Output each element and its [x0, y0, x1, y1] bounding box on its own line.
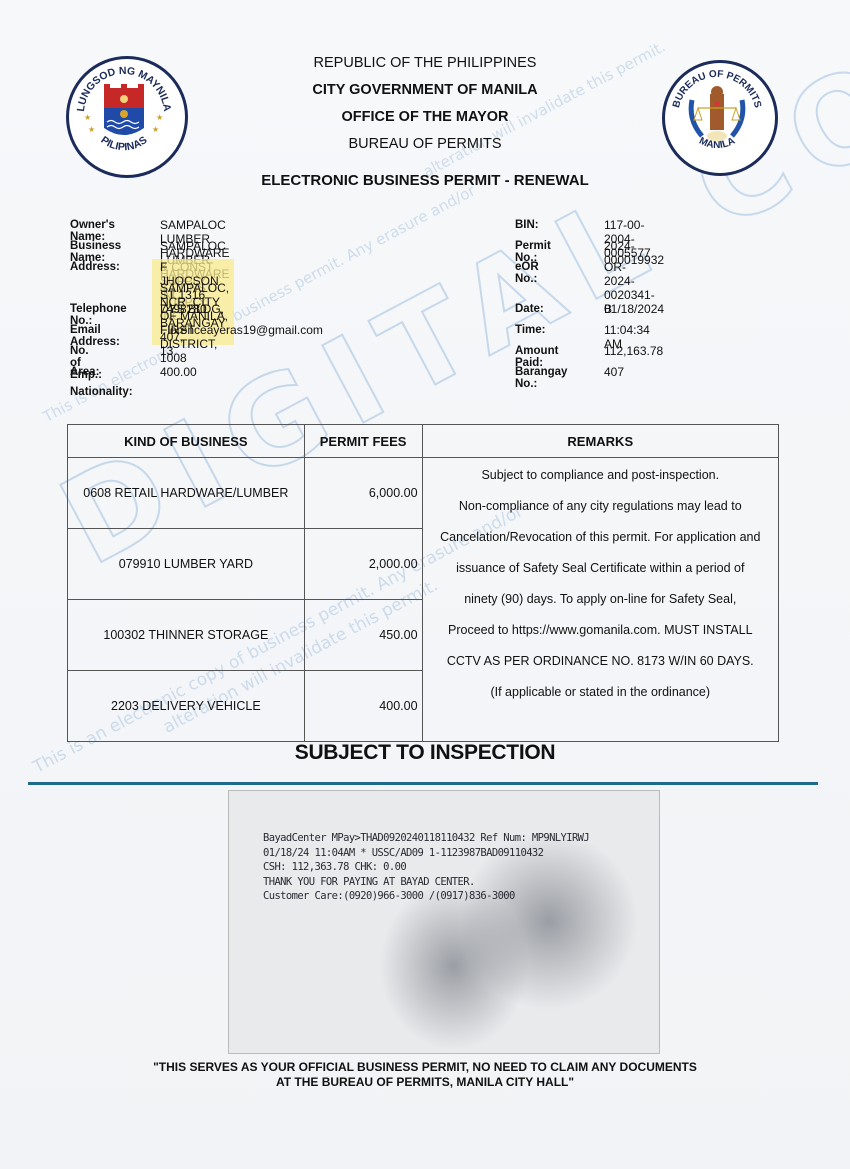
date-label: Date:: [515, 303, 544, 315]
eor-label: eOR No.:: [515, 261, 539, 285]
receipt-line: THANK YOU FOR PAYING AT BAYAD CENTER.: [263, 875, 589, 890]
receipt-text: BayadCenter MPay>THAD0920240118110432 Re…: [263, 831, 589, 904]
remarks-line: ninety (90) days. To apply on-line for S…: [424, 584, 777, 615]
barangay-label: Barangay No.:: [515, 366, 567, 390]
remarks-line: Cancelation/Revocation of this permit. F…: [424, 522, 777, 553]
subject-to-inspection-heading: SUBJECT TO INSPECTION: [0, 741, 850, 765]
column-header-kind: KIND OF BUSINESS: [68, 425, 305, 458]
footer-line-1: "THIS SERVES AS YOUR OFFICIAL BUSINESS P…: [0, 1060, 850, 1075]
business-table: KIND OF BUSINESS PERMIT FEES REMARKS 060…: [67, 424, 779, 742]
column-header-fees: PERMIT FEES: [304, 425, 422, 458]
permit-fee-cell: 2,000.00: [304, 529, 422, 600]
telephone-value: 7498280: [160, 302, 207, 316]
kind-of-business-cell: 2203 DELIVERY VEHICLE: [68, 671, 305, 742]
email-value: Florenceayeras19@gmail.com: [160, 323, 323, 337]
bin-label: BIN:: [515, 219, 539, 231]
kind-of-business-cell: 100302 THINNER STORAGE: [68, 600, 305, 671]
barangay-value: 407: [604, 365, 624, 379]
receipt-line: Customer Care:(0920)966-3000 /(0917)836-…: [263, 889, 589, 904]
receipt-line: 01/18/24 11:04AM * USSC/AD09 1-1123987BA…: [263, 846, 589, 861]
footer-note: "THIS SERVES AS YOUR OFFICIAL BUSINESS P…: [0, 1060, 850, 1090]
nationality-label: Nationality:: [70, 386, 133, 398]
business-permit-document: DIGITAL COPY This is an electronic copy …: [0, 0, 850, 1169]
remarks-line[interactable]: Proceed to https://www.gomanila.com. MUS…: [424, 615, 777, 646]
area-value: 400.00: [160, 365, 197, 379]
permit-fee-cell: 400.00: [304, 671, 422, 742]
footer-line-2: AT THE BUREAU OF PERMITS, MANILA CITY HA…: [0, 1075, 850, 1090]
area-label: Area:: [70, 366, 99, 378]
employees-value: 13: [160, 344, 173, 358]
amount-paid-value: 112,163.78: [604, 344, 663, 358]
remarks-line: issuance of Safety Seal Certificate with…: [424, 553, 777, 584]
remarks-line: Subject to compliance and post-inspectio…: [424, 460, 777, 491]
remarks-line: Non-compliance of any city regulations m…: [424, 491, 777, 522]
remarks-cell: Subject to compliance and post-inspectio…: [422, 458, 778, 742]
remarks-line: (If applicable or stated in the ordinanc…: [424, 677, 777, 708]
table-row: 0608 RETAIL HARDWARE/LUMBER 6,000.00 Sub…: [68, 458, 779, 529]
receipt-line: BayadCenter MPay>THAD0920240118110432 Re…: [263, 831, 589, 846]
divider-line: [28, 782, 818, 785]
svg-text:★: ★: [88, 125, 95, 134]
svg-text:★: ★: [152, 125, 159, 134]
date-value: 01/18/2024: [604, 302, 664, 316]
receipt-line: CSH: 112,363.78 CHK: 0.00: [263, 860, 589, 875]
header-office-of-mayor: OFFICE OF THE MAYOR: [0, 109, 850, 125]
permit-fee-cell: 450.00: [304, 600, 422, 671]
header-republic: REPUBLIC OF THE PHILIPPINES: [0, 55, 850, 71]
kind-of-business-cell: 079910 LUMBER YARD: [68, 529, 305, 600]
column-header-remarks: REMARKS: [422, 425, 778, 458]
time-label: Time:: [515, 324, 545, 336]
kind-of-business-cell: 0608 RETAIL HARDWARE/LUMBER: [68, 458, 305, 529]
header-bureau: BUREAU OF PERMITS: [0, 136, 850, 152]
permit-fee-cell: 6,000.00: [304, 458, 422, 529]
remarks-line: CCTV AS PER ORDINANCE NO. 8173 W/IN 60 D…: [424, 646, 777, 677]
header-city-government: CITY GOVERNMENT OF MANILA: [0, 82, 850, 98]
document-title: ELECTRONIC BUSINESS PERMIT - RENEWAL: [0, 172, 850, 189]
bayad-center-receipt: BayadCenter MPay>THAD0920240118110432 Re…: [228, 790, 660, 1054]
address-label: Address:: [70, 261, 120, 273]
